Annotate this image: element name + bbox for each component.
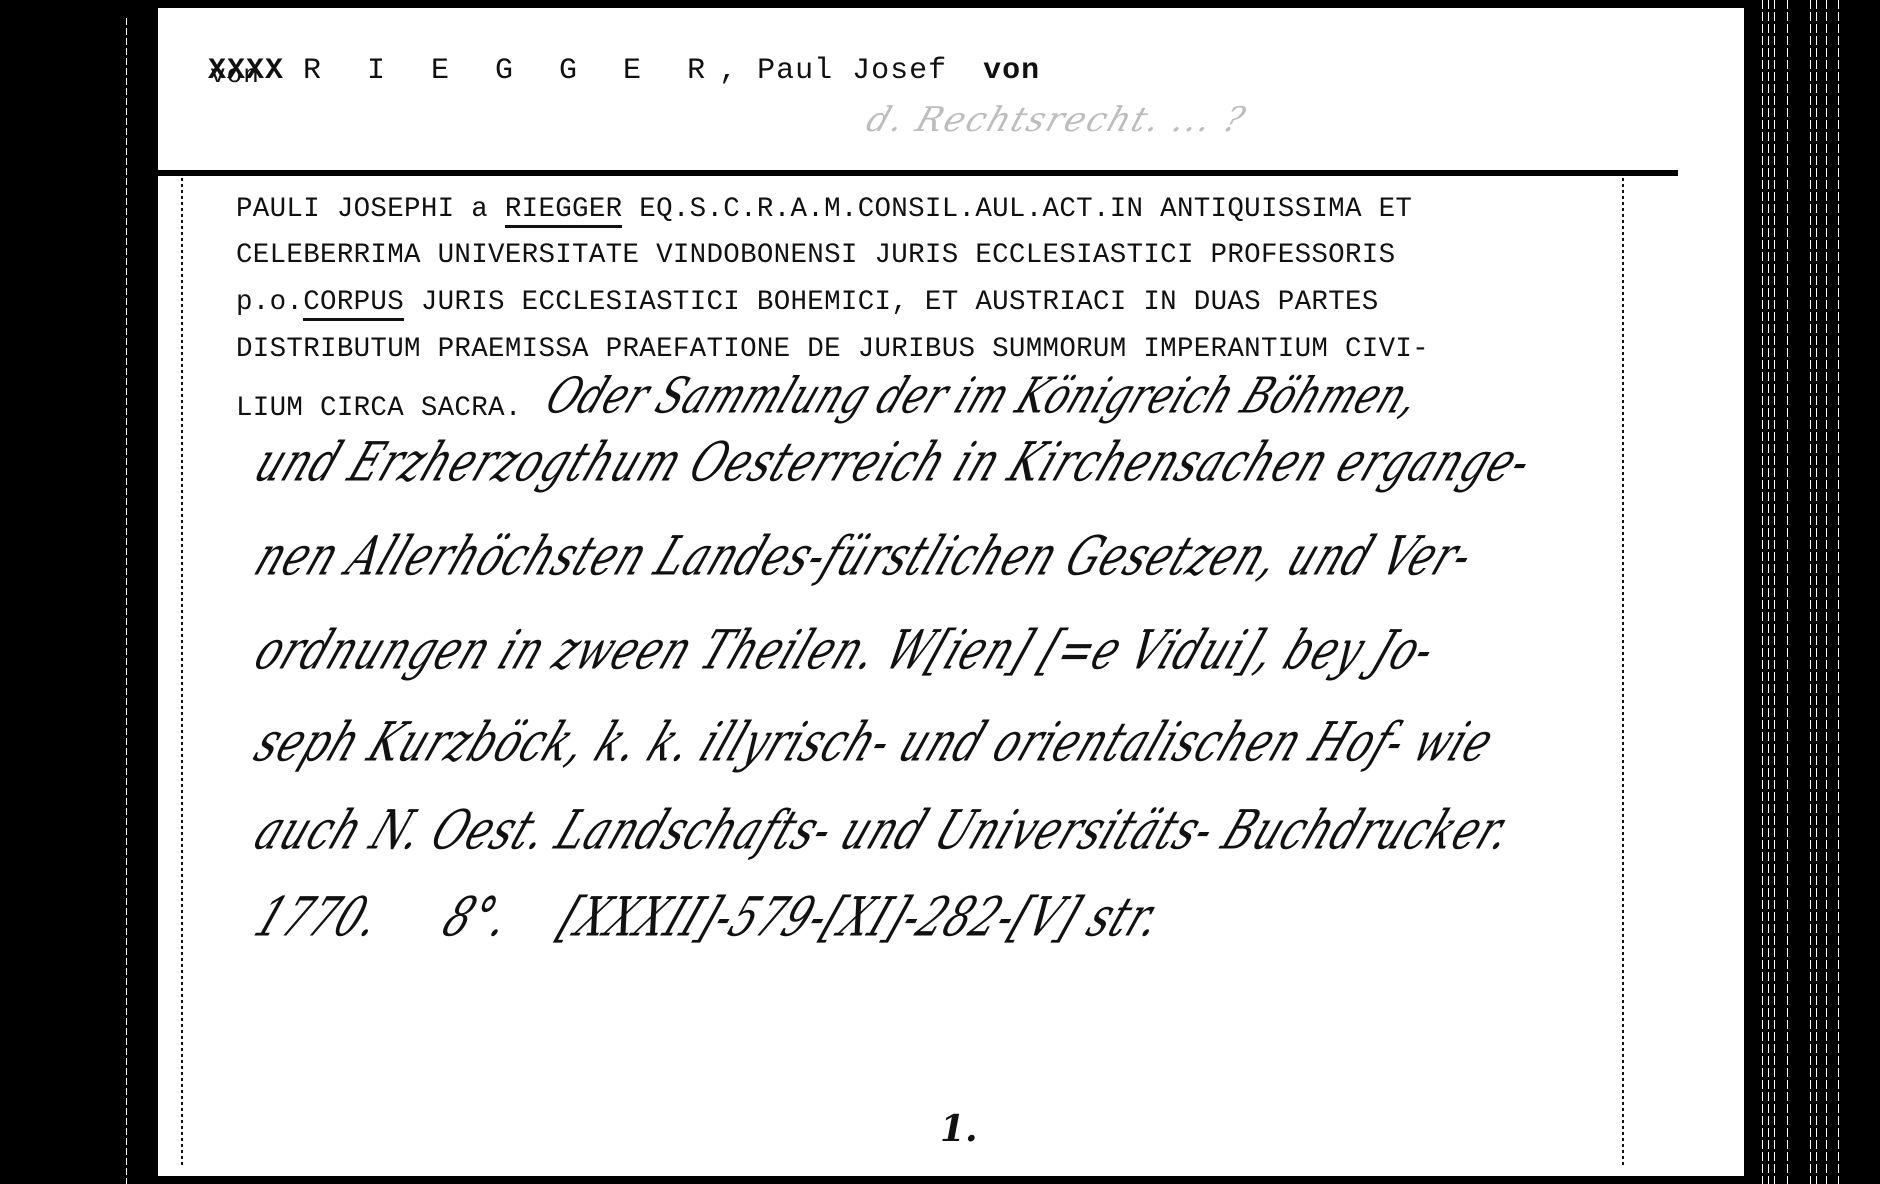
- underlined-name: RIEGGER: [505, 194, 623, 228]
- handwritten-line-5: auch N. Oest. Landschafts- und Universit…: [246, 800, 1522, 862]
- handwritten-line-6: 1770. 8°. [XXXII]-579-[XI]-282-[V] str.: [246, 887, 1172, 949]
- pencil-annotation: d. Rechtsrecht. ... ?: [862, 100, 1252, 140]
- typed-line-4: DISTRIBUTUM PRAEMISSA PRAEFATIONE DE JUR…: [236, 334, 1429, 365]
- struck-under-text: von: [210, 60, 260, 90]
- typed-line-3: p.o.CORPUS JURIS ECCLESIASTICI BOHEMICI,…: [236, 287, 1379, 318]
- struck-prefix: XXXXvon: [208, 54, 284, 88]
- catalog-card: XXXXvon R I E G G E R, Paul Josefvon d. …: [158, 8, 1744, 1176]
- underlined-title-word: CORPUS: [303, 287, 404, 321]
- typed-line-2: CELEBERRIMA UNIVERSITATE VINDOBONENSI JU…: [236, 240, 1395, 271]
- typed-line-5: LIUM CIRCA SACRA. Oder Sammlung der im K…: [236, 380, 1406, 424]
- right-margin-line: [1622, 178, 1624, 1168]
- card-title: XXXXvon R I E G G E R, Paul Josefvon: [208, 54, 1040, 88]
- scan-edge-line: [126, 18, 127, 1184]
- page-number: 1.: [940, 1108, 978, 1150]
- handwritten-line-2: nen Allerhöchsten Landes-fürstlichen Ges…: [246, 526, 1483, 588]
- handwritten-inline: Oder Sammlung der im Königreich Böhmen,: [538, 367, 1429, 424]
- header-rule: [158, 170, 1678, 176]
- left-margin-line: [181, 178, 183, 1168]
- handwritten-line-3: ordnungen in zween Theilen. W[ien] [=e V…: [246, 620, 1445, 682]
- handwritten-line-1: und Erzherzogthum Oesterreich in Kirchen…: [246, 432, 1541, 494]
- particle: von: [983, 54, 1040, 88]
- handwritten-line-4: seph Kurzböck, k. k. illyrisch- und orie…: [246, 712, 1503, 774]
- typed-line-1: PAULI JOSEPHI a RIEGGER EQ.S.C.R.A.M.CON…: [236, 194, 1412, 225]
- given-names: , Paul Josef: [719, 54, 947, 88]
- scan-edge-strip: [1760, 0, 1850, 1184]
- surname: R I E G G E R: [303, 54, 719, 88]
